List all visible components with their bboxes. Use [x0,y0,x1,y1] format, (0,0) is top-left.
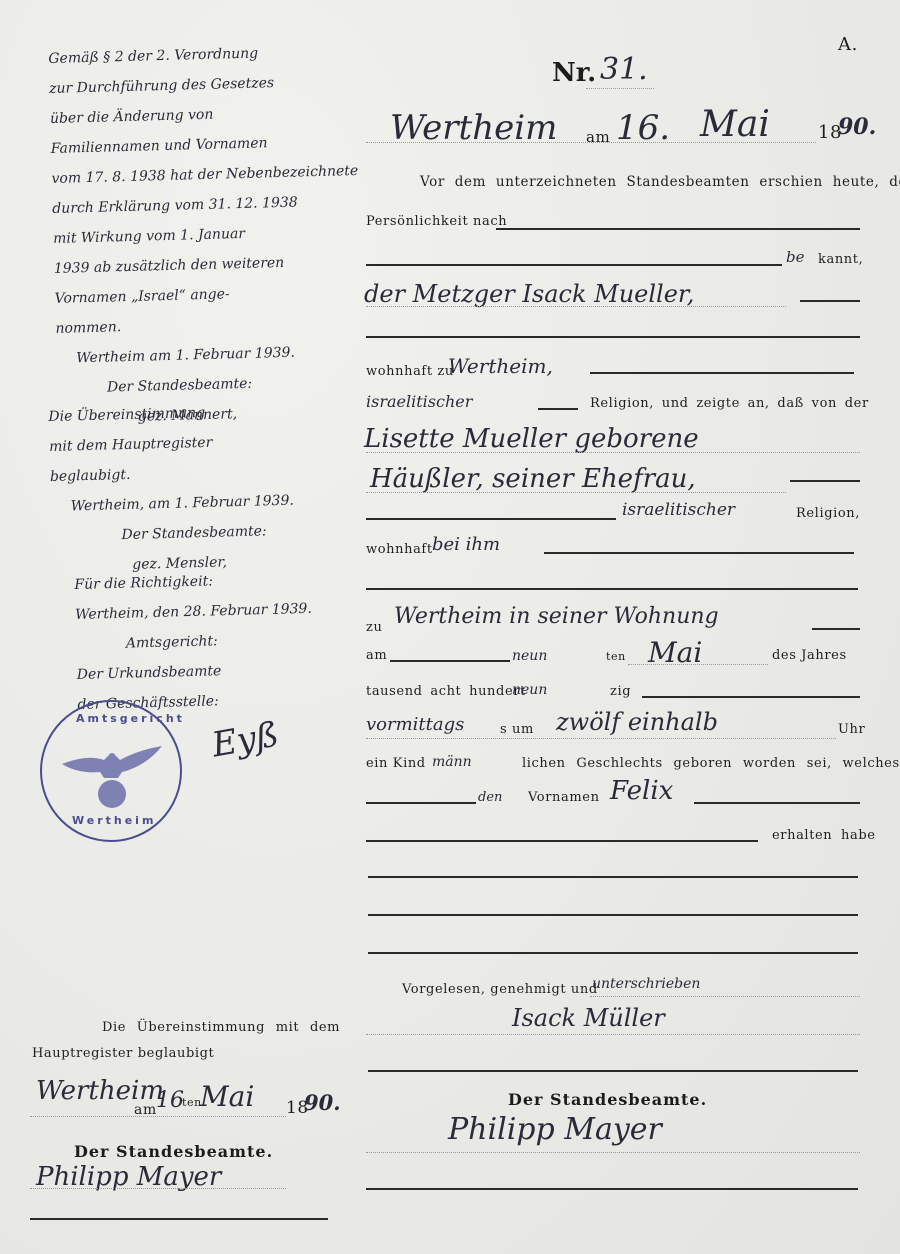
birth-time-period: vormittags [366,714,464,735]
den-word: den [478,790,502,805]
margin-note-name-change: Gemäß § 2 der 2. Verordnung zur Durchfüh… [48,36,378,434]
am-label: am [586,128,610,146]
cert-day: 16 [156,1088,184,1113]
cert-month: Mai [200,1080,254,1113]
child-sex: männ [432,754,472,770]
wohnhaft-zu-label: wohnhaft zu [366,364,454,379]
informant-residence: Wertheim, [448,354,553,378]
wohnhaft-label: wohnhaft [366,542,433,557]
form-letter: A. [838,34,858,55]
bekannt-prefix: be [786,248,804,266]
cert-year: 90. [304,1090,341,1115]
mother-name: Lisette Mueller geborene [364,424,699,454]
des-jahres-label: des Jahres [772,648,847,663]
intro-text: Vor dem unterzeichneten Standesbeamten e… [420,174,900,190]
stamp-bottom-text: Wertheim [72,814,156,827]
ten-label: ten [606,650,626,663]
persoenlichkeit-label: Persönlichkeit nach [366,214,507,229]
geschlecht-label: lichen Geschlechts geboren worden sei, w… [522,756,900,771]
registration-month: Mai [700,104,770,145]
mother-maiden-name: Häußler, seiner Ehefrau, [370,464,696,494]
official-title: Der Standesbeamte. [508,1090,707,1109]
religion-label: Religion, und zeigte an, daß von der [590,396,869,411]
s-um-label: s um [500,722,534,737]
cert-official-title: Der Standesbeamte. [74,1142,273,1161]
kind-label: ein Kind [366,756,426,771]
mother-residence: bei ihm [432,534,500,555]
mother-religion: israelitischer [622,500,735,520]
official-signature: Philipp Mayer [448,1112,662,1147]
child-first-name: Felix [610,776,673,806]
court-clerk-signature: Eyß [209,715,282,766]
erhalten-label: erhalten habe [772,828,876,843]
margin-note-correctness: Für die Richtigkeit: Wertheim, den 28. F… [74,562,398,720]
number-label: Nr. [552,58,596,88]
cert-line-1: Die Übereinstimmung mit dem [102,1020,340,1035]
register-number: 31. [600,52,648,87]
vornamen-label: Vornamen [528,790,600,805]
birth-day: neun [512,648,547,664]
margin-note-certification: Die Übereinstimmung mit dem Hauptregiste… [48,394,373,582]
birth-decade: neun [512,682,547,698]
bekannt-label: kannt, [818,252,863,267]
informant-signature: Isack Müller [512,1004,665,1032]
register-page: A. Nr. 31. Wertheim am 16. Mai 18 90. Vo… [0,0,900,1254]
zig-label: zig [610,684,631,699]
vorgelesen-label: Vorgelesen, genehmigt und [402,982,598,997]
informant-religion: israelitischer [366,392,472,411]
informant-name: der Metzger Isack Mueller, [364,280,694,308]
court-stamp: Amtsgericht Wertheim [40,700,182,842]
vorgelesen-hand: unterschrieben [592,976,700,992]
mother-religion-label: Religion, [796,506,860,521]
registration-year: 90. [838,114,876,140]
cert-line-2: Hauptregister beglaubigt [32,1046,214,1061]
cert-ten-label: ten [182,1096,202,1109]
birth-time: zwölf einhalb [556,708,718,736]
birth-place: Wertheim in seiner Wohnung [394,604,719,629]
uhr-label: Uhr [838,722,865,737]
